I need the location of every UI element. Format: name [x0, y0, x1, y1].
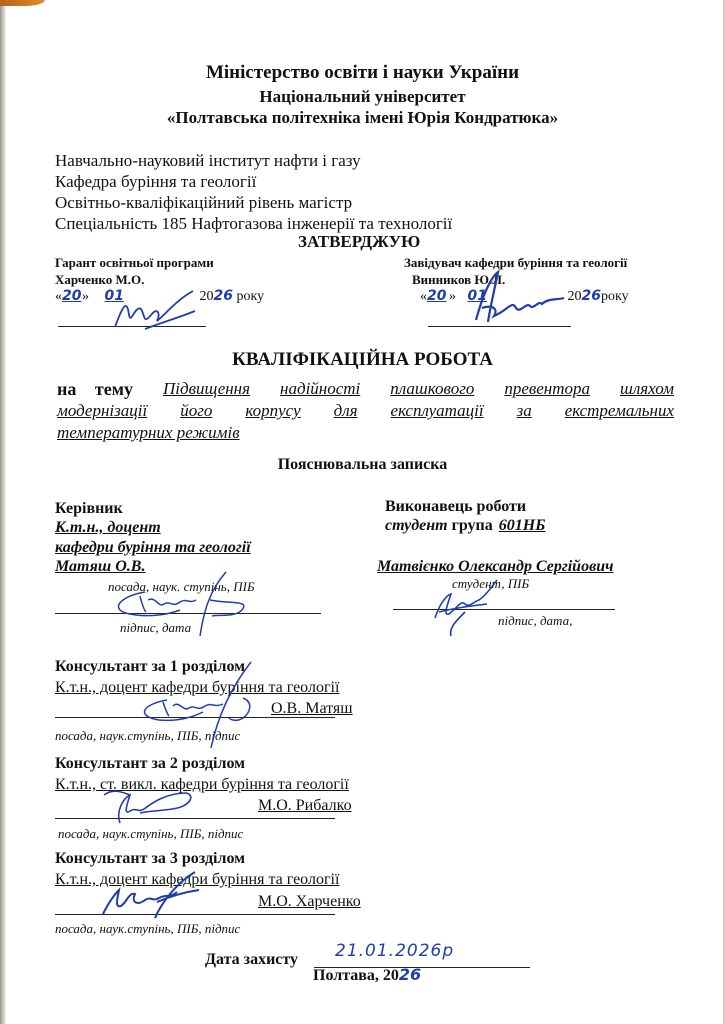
- signature-consultant-3-icon: [95, 868, 205, 920]
- university-line-2: «Полтавська політехніка імені Юрія Кондр…: [0, 108, 725, 128]
- approval-left-day: 20: [62, 288, 82, 304]
- specialty: Спеціальність 185 Нафтогазова інженерії …: [55, 214, 452, 234]
- consultant-3-name: М.О. Харченко: [258, 893, 361, 911]
- executor-heading: Виконавець роботи: [385, 498, 526, 516]
- supervisor-department: кафедри буріння та геології: [55, 539, 251, 557]
- signature-consultant-2-icon: [100, 785, 210, 825]
- consultant-2-caption: посада, наук.ступінь, ПІБ, підпис: [58, 826, 243, 842]
- consultant-2-heading: Консультант за 2 розділом: [55, 755, 245, 773]
- executor-caption-signature: підпис, дата,: [498, 613, 572, 629]
- supervisor-heading: Керівник: [55, 500, 123, 518]
- supervisor-position: К.т.н., доцент: [55, 519, 206, 537]
- department: Кафедра буріння та геології: [55, 172, 256, 192]
- institute: Навчально-науковий інститут нафти і газу: [55, 151, 361, 171]
- explanatory-note-title: Пояснювальна записка: [0, 456, 725, 474]
- work-title: КВАЛІФІКАЦІЙНА РОБОТА: [0, 349, 725, 371]
- approval-right-day: 20: [427, 288, 449, 304]
- city-year: Полтава, 2026: [313, 965, 421, 985]
- university-line-1: Національний університет: [0, 87, 725, 107]
- topic-line-1: на тему Підвищення надійності плашкового…: [57, 378, 674, 400]
- approval-title: ЗАТВЕРДЖУЮ: [298, 232, 420, 252]
- consultant-3-heading: Консультант за 3 розділом: [55, 850, 245, 868]
- consultant-1-name: О.В. Матяш: [271, 700, 353, 718]
- signature-consultant-1-icon: [125, 660, 275, 750]
- topic-line-3: температурних режимів: [57, 422, 674, 444]
- signature-left-approver-icon: [105, 285, 200, 335]
- consultant-2-name: М.О. Рибалко: [258, 797, 352, 815]
- scan-edge-top: [0, 0, 45, 6]
- ministry-title: Міністерство освіти і науки України: [0, 62, 725, 84]
- work-topic: на тему Підвищення надійності плашкового…: [57, 378, 674, 444]
- topic-label: на тему: [57, 378, 133, 400]
- consultant-3-caption: посада, наук.ступінь, ПІБ, підпис: [55, 921, 240, 937]
- signature-supervisor-icon: [100, 570, 275, 640]
- signature-right-approver-icon: [468, 268, 568, 328]
- defense-date-label: Дата захисту: [205, 951, 298, 968]
- qualification-level: Освітньо-кваліфікаційний рівень магістр: [55, 193, 352, 213]
- executor-name: Матвієнко Олександр Сергійович: [377, 558, 614, 576]
- executor-group-value: 601НБ: [493, 517, 554, 534]
- scan-edge-left: [0, 0, 6, 1024]
- defense-date-row: Дата захисту: [205, 951, 298, 969]
- topic-line-2: модернізації його корпусу для експлуатац…: [57, 400, 674, 422]
- executor-group: студент група601НБ: [385, 517, 553, 535]
- signature-executor-icon: [425, 578, 505, 638]
- approver-left-role: Гарант освітньої програми: [55, 255, 214, 271]
- defense-date-value: 21.01.2026р: [335, 941, 454, 961]
